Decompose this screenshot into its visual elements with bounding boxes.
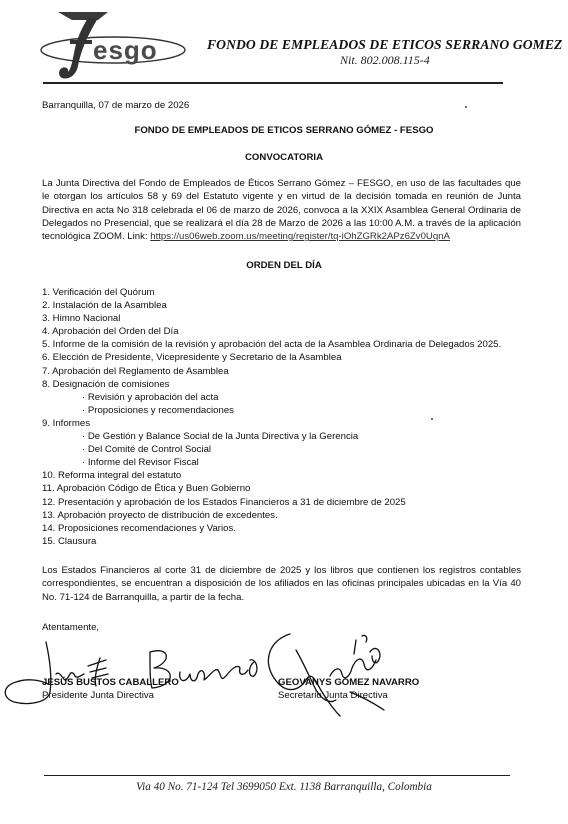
agenda-subitem: · Informe del Revisor Fiscal: [42, 456, 501, 469]
signatory-2-role: Secretario Junta Directiva: [278, 689, 388, 702]
agenda-list: 1. Verificación del Quórum2. Instalación…: [42, 286, 501, 548]
signatory-2-name: GEOVANYS GÓMEZ NAVARRO: [278, 676, 419, 689]
agenda-subitem: · Proposiciones y recomendaciones: [42, 404, 501, 417]
scan-speck: [431, 418, 433, 420]
salutation: Atentamente,: [42, 621, 99, 634]
agenda-item: 14. Proposiciones recomendaciones y Vari…: [42, 522, 501, 535]
agenda-subitem: · Revisión y aprobación del acta: [42, 391, 501, 404]
agenda-item: 3. Himno Nacional: [42, 312, 501, 325]
intro-paragraph: La Junta Directiva del Fondo de Empleado…: [42, 177, 521, 243]
agenda-item: 2. Instalación de la Asamblea: [42, 299, 501, 312]
agenda-subitem: · De Gestión y Balance Social de la Junt…: [42, 430, 501, 443]
closing-paragraph: Los Estados Financieros al corte 31 de d…: [42, 564, 521, 604]
agenda-item: 13. Aprobación proyecto de distribución …: [42, 509, 501, 522]
agenda-title: ORDEN DEL DÍA: [0, 259, 568, 272]
signature-strokes: [0, 630, 568, 720]
zoom-link[interactable]: https://us06web.zoom.us/meeting/register…: [150, 231, 450, 242]
agenda-item: 4. Aprobación del Orden del Día: [42, 325, 501, 338]
org-name: FONDO DE EMPLEADOS DE ETICOS SERRANO GOM…: [207, 37, 562, 53]
logo-text: esgo: [93, 35, 158, 65]
place-date: Barranquilla, 07 de marzo de 2026: [42, 99, 189, 112]
header-divider: [43, 82, 503, 84]
footer-divider: [44, 775, 510, 776]
agenda-item: 10. Reforma integral del estatuto: [42, 469, 501, 482]
document-title: CONVOCATORIA: [0, 151, 568, 164]
agenda-item: 1. Verificación del Quórum: [42, 286, 501, 299]
scan-speck: [465, 106, 467, 108]
agenda-item: 6. Elección de Presidente, Vicepresident…: [42, 351, 501, 364]
agenda-item: 8. Designación de comisiones: [42, 378, 501, 391]
org-nit: Nit. 802.008.115-4: [340, 53, 430, 68]
signatory-1-name: JESÚS BUSTOS CABALLERO: [42, 676, 179, 689]
agenda-item: 7. Aprobación del Reglamento de Asamblea: [42, 365, 501, 378]
agenda-item: 5. Informe de la comisión de la revisión…: [42, 338, 501, 351]
agenda-subitem: · Del Comité de Control Social: [42, 443, 501, 456]
fesgo-logo: esgo: [38, 6, 188, 82]
agenda-item: 12. Presentación y aprobación de los Est…: [42, 496, 501, 509]
signatory-1-role: Presidente Junta Directiva: [42, 689, 154, 702]
org-heading: FONDO DE EMPLEADOS DE ETICOS SERRANO GÓM…: [0, 124, 568, 137]
footer-address: Via 40 No. 71-124 Tel 3699050 Ext. 1138 …: [0, 781, 568, 793]
agenda-item: 11. Aprobación Código de Ética y Buen Go…: [42, 482, 501, 495]
agenda-item: 15. Clausura: [42, 535, 501, 548]
